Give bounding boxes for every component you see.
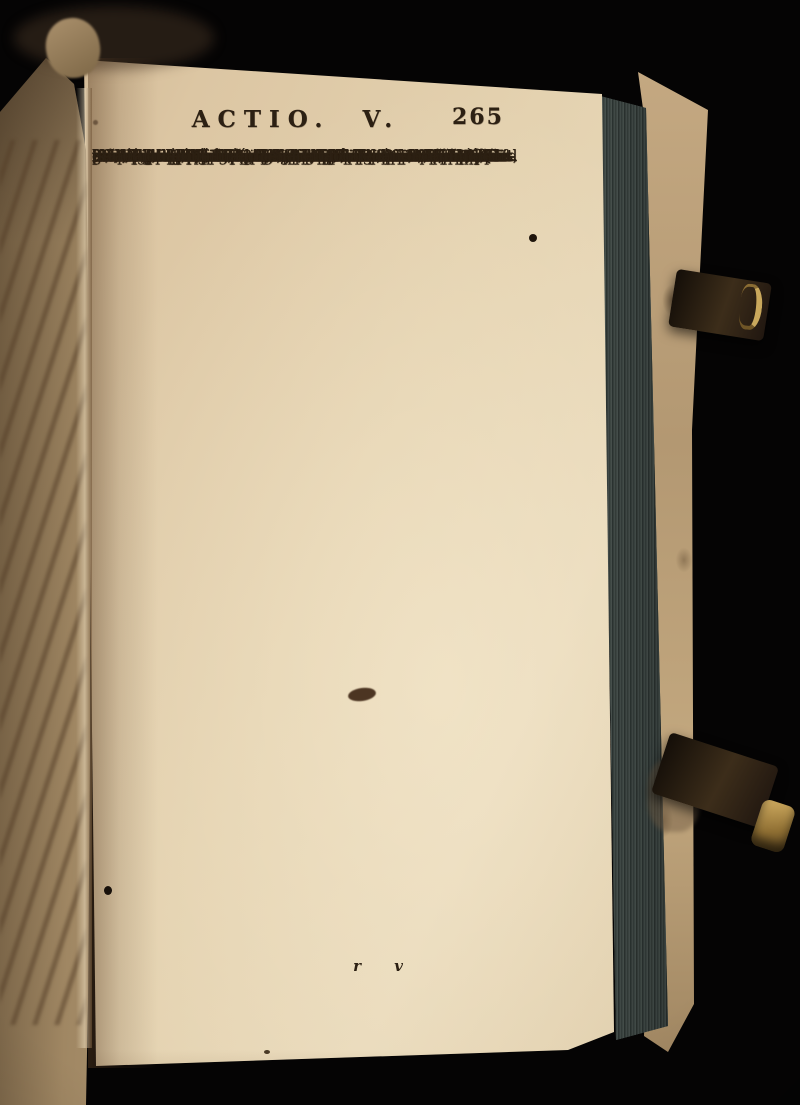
page-curl-shadow [14,6,214,70]
facing-page-text-blur [0,140,86,1025]
ink-speck-left [104,886,112,895]
ink-dot-header-left [93,120,98,125]
page-curl-crease [76,88,92,1048]
catchword-signature: r v [320,957,450,981]
page-number: 265 [452,104,522,134]
ink-dot-right-margin [529,234,537,242]
ink-speck-bottom [264,1050,270,1054]
text-block: gris ſpe,atque exſpectatione Metelli rem… [92,146,536,966]
book-clasp-top [648,258,800,398]
book-clasp-bottom [636,728,800,868]
text-line: is, auaritiæq́ue ſuæ, frenaret. loqueban… [92,146,515,167]
running-title: ACTIO. V. [150,106,442,138]
photo-background: ACTIO. V. 265 gris ſpe,atque exſpectatio… [0,0,800,1105]
